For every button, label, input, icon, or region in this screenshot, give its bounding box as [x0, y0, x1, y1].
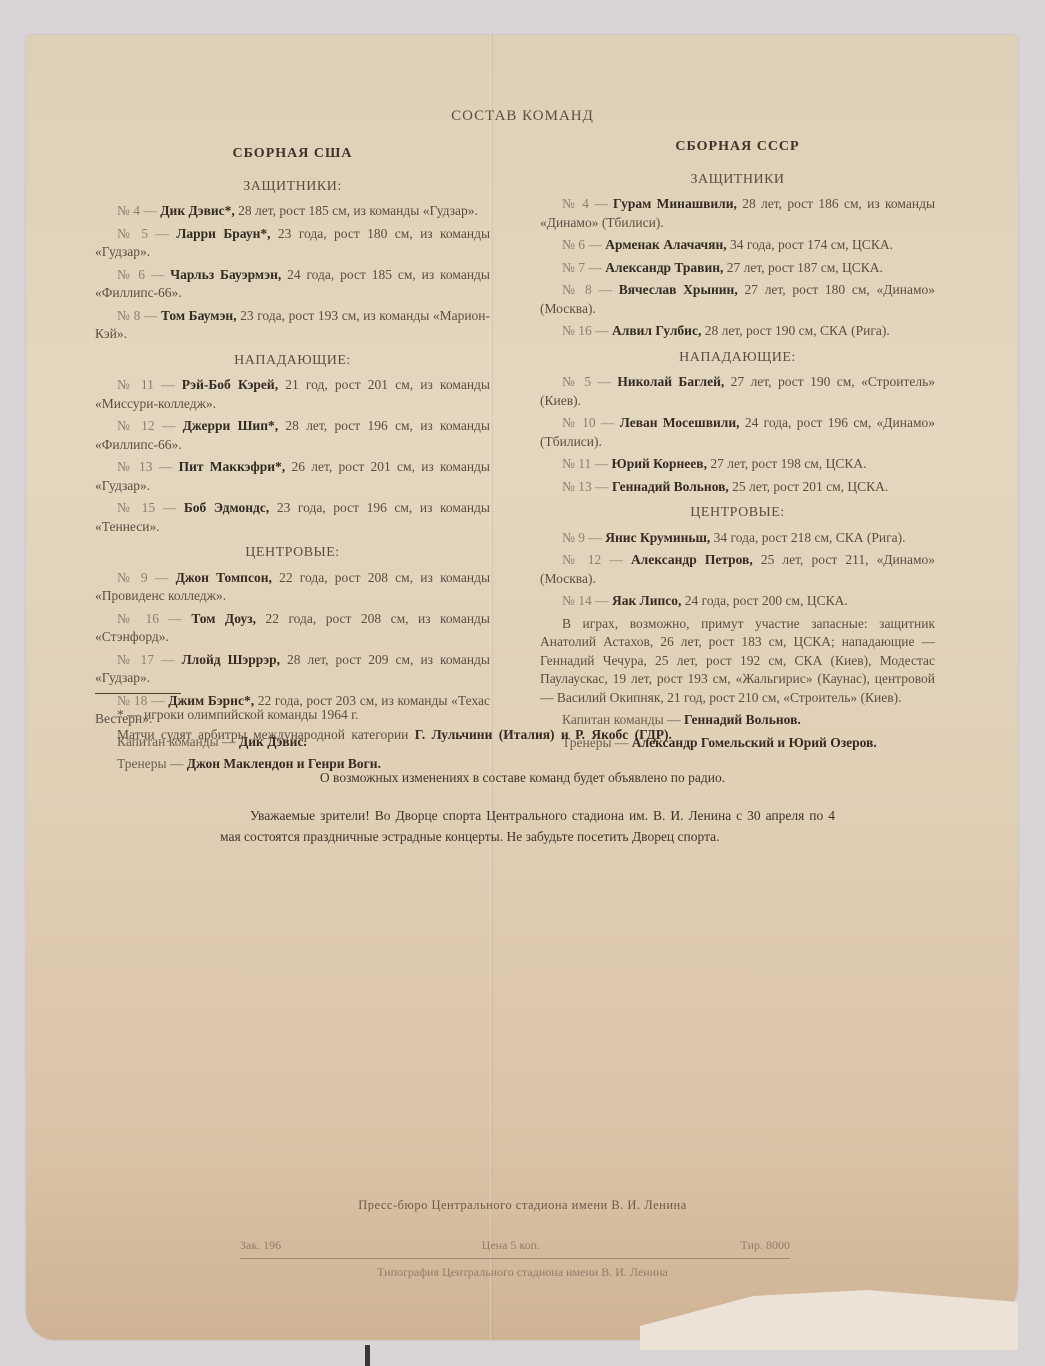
- paper-fold: [490, 35, 493, 1340]
- document-title: СОСТАВ КОМАНД: [0, 108, 1045, 125]
- player-info: 27 лет, рост 187 см, ЦСКА.: [727, 260, 883, 275]
- order-number: Зак. 196: [240, 1238, 281, 1253]
- player-number: № 6 —: [117, 267, 164, 282]
- player-name: Джим Бэрнс*,: [168, 693, 254, 708]
- player-name: Геннадий Вольнов,: [612, 479, 729, 494]
- player-name: Ллойд Шэррэр,: [182, 652, 280, 667]
- player-info: 28 лет, рост 190 см, СКА (Рига).: [705, 323, 890, 338]
- player-entry: № 14 — Яак Липсо, 24 года, рост 200 см, …: [540, 592, 935, 611]
- player-number: № 8 —: [562, 282, 612, 297]
- player-name: Вячеслав Хрынин,: [619, 282, 738, 297]
- player-entry: № 5 — Николай Баглей, 27 лет, рост 190 с…: [540, 373, 935, 410]
- player-number: № 9 —: [117, 570, 168, 585]
- player-info: 24 года, рост 200 см, ЦСКА.: [685, 593, 848, 608]
- player-number: № 12 —: [562, 552, 623, 567]
- player-number: № 4 —: [562, 196, 608, 211]
- coaches-names: Джон Маклендон и Генри Вогн.: [187, 756, 381, 771]
- printer-line: Типография Центрального стадиона имени В…: [0, 1265, 1045, 1280]
- player-entry: № 6 — Арменак Алачачян, 34 года, рост 17…: [540, 236, 935, 255]
- player-number: № 17 —: [117, 652, 175, 667]
- referees-line: Матчи судят арбитры международной катего…: [117, 727, 817, 743]
- player-number: № 9 —: [562, 530, 602, 545]
- player-name: Рэй-Боб Кэрей,: [182, 377, 278, 392]
- player-name: Дик Дэвис*,: [160, 203, 235, 218]
- player-name: Чарльз Бауэрмэн,: [170, 267, 281, 282]
- player-entry: № 9 — Джон Томпсон, 22 года, рост 208 см…: [95, 569, 490, 606]
- position-heading: НАПАДАЮЩИЕ:: [540, 349, 935, 368]
- player-number: № 16 —: [562, 323, 609, 338]
- player-entry: № 4 — Гурам Минашвили, 28 лет, рост 186 …: [540, 195, 935, 232]
- position-heading: ЗАЩИТНИКИ: [540, 171, 935, 190]
- imprint-rule: [240, 1258, 790, 1259]
- captain-name: Геннадий Вольнов.: [684, 712, 801, 727]
- player-entry: № 6 — Чарльз Бауэрмэн, 24 года, рост 185…: [95, 266, 490, 303]
- imprint-row: Зак. 196 Цена 5 коп. Тир. 8000: [240, 1238, 790, 1253]
- player-info: 27 лет, рост 198 см, ЦСКА.: [710, 456, 866, 471]
- player-number: № 14 —: [562, 593, 609, 608]
- player-info: 34 года, рост 218 см, СКА (Рига).: [714, 530, 906, 545]
- player-info: 25 лет, рост 201 см, ЦСКА.: [732, 479, 888, 494]
- team-name: СБОРНАЯ СССР: [540, 138, 935, 157]
- print-run: Тир. 8000: [741, 1238, 790, 1253]
- player-number: № 4 —: [117, 203, 157, 218]
- position-heading: ЦЕНТРОВЫЕ:: [95, 544, 490, 563]
- player-info: 34 года, рост 174 см, ЦСКА.: [730, 237, 893, 252]
- player-entry: № 11 — Юрий Корнеев, 27 лет, рост 198 см…: [540, 455, 935, 474]
- player-name: Джон Томпсон,: [176, 570, 272, 585]
- player-number: № 18 —: [117, 693, 165, 708]
- player-number: № 12 —: [117, 418, 175, 433]
- player-name: Леван Мосешвили,: [620, 415, 740, 430]
- footnote: * — игроки олимпийской команды 1964 г.: [117, 707, 359, 723]
- player-name: Юрий Корнеев,: [612, 456, 707, 471]
- coaches-label: Тренеры —: [117, 756, 183, 771]
- player-name: Том Баумэн,: [161, 308, 237, 323]
- player-name: Гурам Минашвили,: [613, 196, 737, 211]
- stand-stick: [365, 1345, 370, 1366]
- team-usa-column: СБОРНАЯ СШАЗАЩИТНИКИ:№ 4 — Дик Дэвис*, 2…: [95, 145, 490, 774]
- position-heading: ЗАЩИТНИКИ:: [95, 178, 490, 197]
- player-name: Александр Петров,: [631, 552, 753, 567]
- player-number: № 11 —: [562, 456, 608, 471]
- team-name: СБОРНАЯ США: [95, 145, 490, 164]
- player-entry: № 13 — Пит Маккэфри*, 26 лет, рост 201 с…: [95, 458, 490, 495]
- player-name: Алвил Гулбис,: [612, 323, 701, 338]
- player-entry: № 4 — Дик Дэвис*, 28 лет, рост 185 см, и…: [95, 202, 490, 221]
- player-number: № 8 —: [117, 308, 157, 323]
- referees-prefix: Матчи судят арбитры международной катего…: [117, 727, 408, 742]
- radio-notice: О возможных изменениях в составе команд …: [0, 770, 1045, 786]
- position-heading: НАПАДАЮЩИЕ:: [95, 352, 490, 371]
- player-entry: № 16 — Алвил Гулбис, 28 лет, рост 190 см…: [540, 322, 935, 341]
- player-entry: № 5 — Ларри Браун*, 23 года, рост 180 см…: [95, 225, 490, 262]
- player-name: Пит Маккэфри*,: [179, 459, 286, 474]
- referees-names: Г. Лульчини (Италия) и Р. Якобс (ГДР).: [415, 727, 672, 742]
- team-ussr-column: СБОРНАЯ СССРЗАЩИТНИКИ№ 4 — Гурам Минашви…: [540, 138, 935, 752]
- player-entry: № 12 — Александр Петров, 25 лет, рост 21…: [540, 551, 935, 588]
- player-entry: № 17 — Ллойд Шэррэр, 28 лет, рост 209 см…: [95, 651, 490, 688]
- player-number: № 13 —: [117, 459, 172, 474]
- player-number: № 6 —: [562, 237, 602, 252]
- price: Цена 5 коп.: [482, 1238, 540, 1253]
- player-entry: № 15 — Боб Эдмондс, 23 года, рост 196 см…: [95, 499, 490, 536]
- player-entry: № 8 — Вячеслав Хрынин, 27 лет, рост 180 …: [540, 281, 935, 318]
- player-name: Яак Липсо,: [612, 593, 681, 608]
- footnote-divider: [95, 693, 181, 694]
- press-bureau: Пресс-бюро Центрального стадиона имени В…: [0, 1198, 1045, 1213]
- player-number: № 5 —: [117, 226, 169, 241]
- player-number: № 15 —: [117, 500, 176, 515]
- player-name: Арменак Алачачян,: [605, 237, 726, 252]
- player-number: № 11 —: [117, 377, 175, 392]
- position-heading: ЦЕНТРОВЫЕ:: [540, 504, 935, 523]
- player-number: № 5 —: [562, 374, 611, 389]
- player-name: Ларри Браун*,: [176, 226, 270, 241]
- player-name: Александр Травин,: [605, 260, 723, 275]
- player-number: № 7 —: [562, 260, 602, 275]
- player-number: № 10 —: [562, 415, 614, 430]
- player-entry: № 16 — Том Доуз, 22 года, рост 208 см, и…: [95, 610, 490, 647]
- player-entry: № 11 — Рэй-Боб Кэрей, 21 год, рост 201 с…: [95, 376, 490, 413]
- player-name: Джерри Шип*,: [183, 418, 278, 433]
- player-number: № 13 —: [562, 479, 609, 494]
- player-entry: № 12 — Джерри Шип*, 28 лет, рост 196 см,…: [95, 417, 490, 454]
- player-entry: № 9 — Янис Круминьш, 34 года, рост 218 с…: [540, 529, 935, 548]
- player-name: Том Доуз,: [191, 611, 256, 626]
- player-entry: № 8 — Том Баумэн, 23 года, рост 193 см, …: [95, 307, 490, 344]
- player-name: Николай Баглей,: [617, 374, 724, 389]
- player-name: Янис Круминьш,: [605, 530, 710, 545]
- captain-label: Капитан команды —: [562, 712, 681, 727]
- reserves-note: В играх, возможно, примут участие запасн…: [540, 615, 935, 708]
- player-entry: № 7 — Александр Травин, 27 лет, рост 187…: [540, 259, 935, 278]
- concert-announcement: Уважаемые зрители! Во Дворце спорта Цент…: [220, 805, 835, 847]
- player-entry: № 13 — Геннадий Вольнов, 25 лет, рост 20…: [540, 478, 935, 497]
- player-entry: № 10 — Леван Мосешвили, 24 года, рост 19…: [540, 414, 935, 451]
- player-number: № 16 —: [117, 611, 182, 626]
- player-info: 28 лет, рост 185 см, из команды «Гудзар»…: [238, 203, 478, 218]
- player-name: Боб Эдмондс,: [184, 500, 269, 515]
